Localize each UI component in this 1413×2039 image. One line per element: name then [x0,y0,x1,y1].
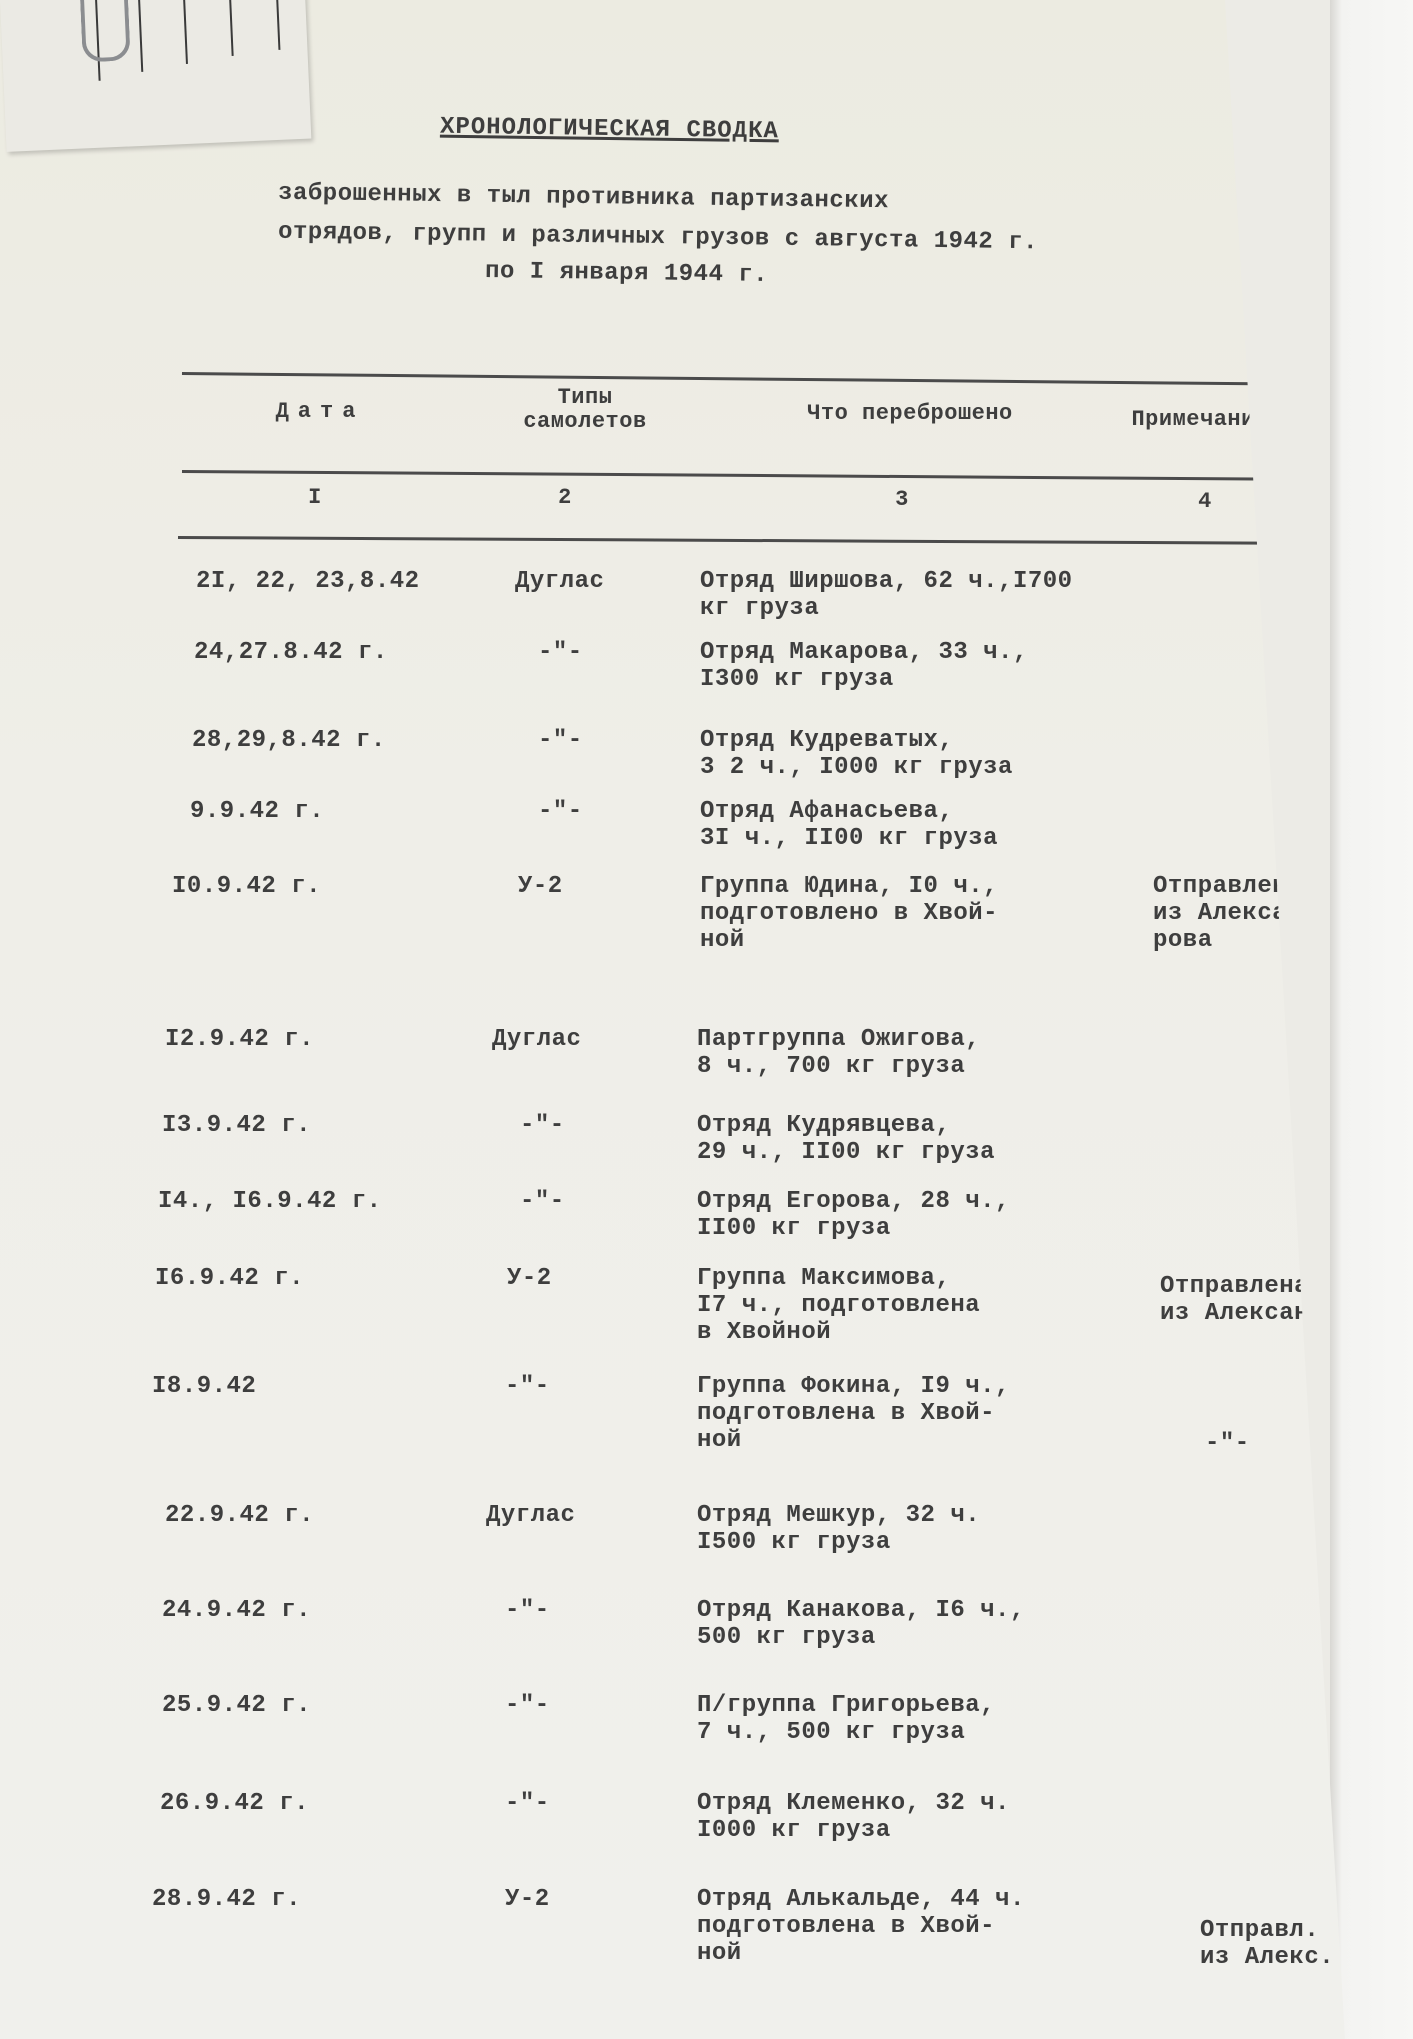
row-what: Отряд Кудреватых, 3 2 ч., I000 кг груза [700,727,1013,781]
document-title: ХРОНОЛОГИЧЕСКАЯ СВОДКА [440,114,779,146]
row-date: 28.9.42 г. [152,1886,301,1913]
row-note: -"- [1205,1403,1250,1457]
header-num-2: 2 [545,486,585,510]
row-plane: -"- [538,727,583,754]
row-date: 26.9.42 г. [160,1790,309,1817]
row-plane: У-2 [505,1886,550,1913]
row-plane: У-2 [518,873,563,900]
row-date: I3.9.42 г. [162,1112,311,1139]
row-date: I2.9.42 г. [165,1026,314,1053]
row-note: Отправлена из Александ [1160,1273,1324,1327]
row-date: 2I, 22, 23,8.42 [196,568,420,595]
header-what-transferred: Что переброшено [760,402,1060,426]
subtitle-line-2: отрядов, групп и различных грузов с авгу… [278,217,1038,260]
subtitle-line-3: по I января 1944 г. [485,256,769,292]
header-note: Примечание [1100,408,1300,432]
row-date: 25.9.42 г. [162,1692,311,1719]
row-date: I6.9.42 г. [155,1265,304,1292]
row-plane: -"- [520,1112,565,1139]
paper-tag [0,0,311,152]
row-date: 24,27.8.42 г. [194,639,388,666]
row-what: П/группа Григорьева, 7 ч., 500 кг груза [697,1692,995,1746]
row-what: Отряд Афанасьева, 3I ч., II00 кг груза [700,798,998,852]
row-date: 22.9.42 г. [165,1502,314,1529]
row-what: Отряд Клеменко, 32 ч. I000 кг груза [697,1790,1010,1844]
row-date: I8.9.42 [152,1373,256,1400]
row-what: Отряд Канакова, I6 ч., 500 кг груза [697,1597,1025,1651]
back-sheet [1330,0,1413,2039]
header-date: Дата [240,400,400,424]
row-note: Отправлена из Александ- рова [1153,873,1332,954]
row-what: Группа Максимова, I7 ч., подготовлена в … [697,1265,980,1346]
row-what: Партгруппа Ожигова, 8 ч., 700 кг груза [697,1026,980,1080]
row-plane: -"- [505,1692,550,1719]
row-date: I0.9.42 г. [172,873,321,900]
row-note: Отправл. из Алекс. [1200,1890,1334,1971]
row-plane: -"- [538,798,583,825]
row-plane: -"- [505,1790,550,1817]
row-plane: Дуглас [492,1026,581,1053]
row-plane: -"- [505,1597,550,1624]
document-page: ХРОНОЛОГИЧЕСКАЯ СВОДКА заброшенных в тыл… [0,0,1345,2039]
row-date: I4., I6.9.42 г. [158,1188,382,1215]
row-plane: -"- [505,1373,550,1400]
row-what: Отряд Мешкур, 32 ч. I500 кг груза [697,1502,980,1556]
row-what: Отряд Кудрявцева, 29 ч., II00 кг груза [697,1112,995,1166]
row-what: Отряд Ширшова, 62 ч.,I700 кг груза [700,568,1073,622]
row-date: 24.9.42 г. [162,1597,311,1624]
row-plane: Дуглас [515,568,604,595]
row-what: Отряд Макарова, 33 ч., I300 кг груза [700,639,1028,693]
header-plane-types: Типы самолетов [485,386,685,434]
paperclip-icon [79,0,130,62]
subtitle-line-1: заброшенных в тыл противника партизански… [278,178,889,219]
header-num-1: I [295,486,335,510]
header-num-4: 4 [1185,490,1225,514]
row-plane: -"- [520,1188,565,1215]
row-what: Группа Юдина, I0 ч., подготовлено в Хвой… [700,873,998,954]
row-date: 28,29,8.42 г. [192,727,386,754]
row-plane: Дуглас [486,1502,575,1529]
row-plane: У-2 [507,1265,552,1292]
table-rule-header [182,470,1322,481]
header-num-3: 3 [882,488,922,512]
row-what: Группа Фокина, I9 ч., подготовлена в Хво… [697,1373,1010,1454]
row-what: Отряд Алькальде, 44 ч. подготовлена в Хв… [697,1886,1025,1967]
row-date: 9.9.42 г. [190,798,324,825]
table-rule-top [182,372,1312,386]
row-what: Отряд Егорова, 28 ч., II00 кг груза [697,1188,1010,1242]
table-rule-numbers [178,536,1323,545]
row-plane: -"- [538,639,583,666]
